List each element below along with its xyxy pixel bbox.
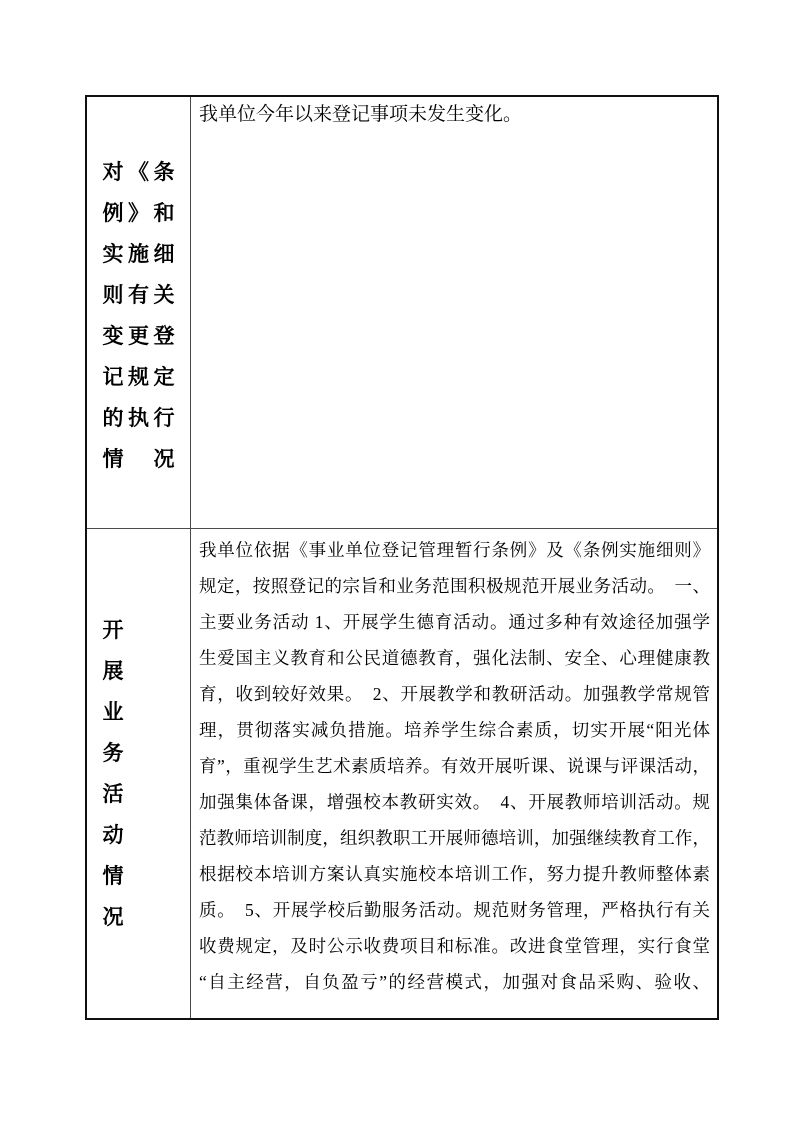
text-line: 主要业务活动 1、开展学生德育活动。通过多种有效途径加强学	[199, 604, 710, 640]
page: { "form": { "rows": [ { "label": "对《条例》和…	[0, 0, 794, 1122]
label-line: 活	[103, 774, 175, 815]
label-line: 开	[103, 610, 175, 651]
text-line: 收费规定，及时公示收费项目和标准。改进食堂管理，实行食堂	[199, 928, 710, 964]
label-line: 的执行	[103, 398, 175, 439]
label-line: 对《条	[103, 152, 175, 193]
label-registration-change-compliance: 对《条例》和实施细则有关变更登记规定的执行情 况	[87, 97, 191, 528]
text-line: 加强集体备课，增强校本教研实效。 4、开展教师培训活动。规	[199, 784, 710, 820]
label-line: 记规定	[103, 357, 175, 398]
text-line: 范教师培训制度，组织教职工开展师德培训，加强继续教育工作，	[199, 820, 710, 856]
label-line: 情 况	[103, 439, 175, 480]
text-line: 质。 5、开展学校后勤服务活动。规范财务管理，严格执行有关	[199, 892, 710, 928]
label-line: 况	[103, 897, 175, 938]
text-line: 我单位依据《事业单位登记管理暂行条例》及《条例实施细则》	[199, 532, 710, 568]
label-line: 情	[103, 856, 175, 897]
text-line: 生爱国主义教育和公民道德教育，强化法制、安全、心理健康教	[199, 640, 710, 676]
text-line: 根据校本培训方案认真实施校本培训工作，努力提升教师整体素	[199, 856, 710, 892]
label-line: 展	[103, 651, 175, 692]
label-line: 实施细	[103, 234, 175, 275]
row-business-activities: 开展业务活动情况 我单位依据《事业单位登记管理暂行条例》及《条例实施细则》规定，…	[87, 529, 717, 1018]
text-line: 规定，按照登记的宗旨和业务范围积极规范开展业务活动。 一、	[199, 568, 710, 604]
label-line: 例》和	[103, 193, 175, 234]
row-registration-change-compliance: 对《条例》和实施细则有关变更登记规定的执行情 况 我单位今年以来登记事项未发生变…	[87, 97, 717, 529]
text-line: 育”，重视学生艺术素质培养。有效开展听课、说课与评课活动，	[199, 748, 710, 784]
label-line: 变更登	[103, 316, 175, 357]
label-line: 业	[103, 692, 175, 733]
form-table: 对《条例》和实施细则有关变更登记规定的执行情 况 我单位今年以来登记事项未发生变…	[85, 95, 719, 1020]
text-line: “自主经营，自负盈亏”的经营模式，加强对食品采购、验收、	[199, 964, 710, 1000]
label-line: 则有关	[103, 275, 175, 316]
label-business-activities: 开展业务活动情况	[87, 529, 191, 1018]
text-line: 理，贯彻落实减负措施。培养学生综合素质，切实开展“阳光体	[199, 712, 710, 748]
label-line: 动	[103, 815, 175, 856]
text-line: 我单位今年以来登记事项未发生变化。	[199, 100, 710, 130]
text-line: 育，收到较好效果。 2、开展教学和教研活动。加强教学常规管	[199, 676, 710, 712]
cell-business-activities: 我单位依据《事业单位登记管理暂行条例》及《条例实施细则》规定，按照登记的宗旨和业…	[191, 529, 717, 1018]
cell-registration-statement: 我单位今年以来登记事项未发生变化。	[191, 97, 717, 528]
label-line: 务	[103, 733, 175, 774]
